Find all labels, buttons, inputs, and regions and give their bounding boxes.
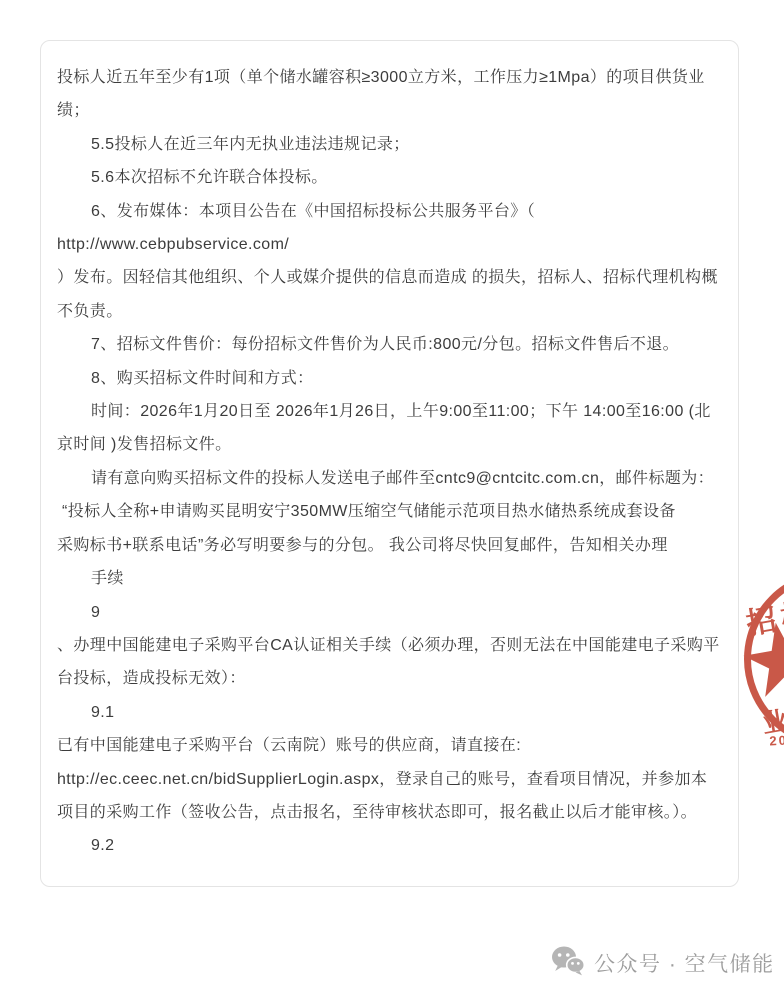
page: 投标人近五年至少有1项（单个储水罐容积≥3000立方米，工作压力≥1Mpa）的项… [0,0,784,990]
text-line: 手续 [57,562,716,595]
text-line: 6、发布媒体：本项目公告在《中国招标投标公共服务平台》（ [57,195,716,228]
document-text: 投标人近五年至少有1项（单个储水罐容积≥3000立方米，工作压力≥1Mpa）的项… [57,61,716,863]
text-line: 请有意向购买招标文件的投标人发送电子邮件至cntc9@cntcitc.com.c… [57,462,716,495]
text-line: 5.5投标人在近三年内无执业违法违规记录； [57,128,716,161]
text-line: 投标人近五年至少有1项（单个储水罐容积≥3000立方米，工作压力≥1Mpa）的项… [57,61,716,94]
text-line: 不负责。 [57,295,716,328]
text-line: 、办理中国能建电子采购平台CA认证相关手续（必须办理，否则无法在中国能建电子采购… [57,629,716,662]
seal-serial-number: 20339 [769,731,784,748]
text-line: 5.6本次招标不允许联合体投标。 [57,161,716,194]
text-line: 9.1 [57,696,716,729]
text-line: 9 [57,596,716,629]
text-line: 京时间 )发售招标文件。 [57,428,716,461]
text-line: 绩； [57,94,716,127]
link-line[interactable]: http://ec.ceec.net.cn/bidSupplierLogin.a… [57,763,716,796]
text-line: 时间：2026年1月20日至 2026年1月26日，上午9:00至11:00；下… [57,395,716,428]
wechat-icon [551,945,585,981]
text-line: 台投标，造成投标无效）： [57,662,716,695]
footer-label: 公众号 · 空气储能 [594,948,775,978]
link-line[interactable]: http://www.cebpubservice.com/ [57,228,716,261]
text-line: 采购标书+联系电话”务必写明要参与的分包。 我公司将尽快回复邮件，告知相关办理 [57,529,716,562]
text-line: 8、购买招标文件时间和方式： [57,362,716,395]
red-seal-content: 招标 ★ 业务 20339 [738,564,784,754]
red-seal-stamp: 招标 ★ 业务 20339 [744,570,784,748]
footer-watermark: 公众号 · 空气储能 [551,944,775,982]
text-line: ）发布。因轻信其他组织、个人或媒介提供的信息而造成 的损失，招标人、招标代理机构… [57,261,716,294]
text-line: 项目的采购工作（签收公告，点击报名，至待审核状态即可，报名截止以后才能审核。）。 [57,796,716,829]
text-line: “投标人全称+申请购买昆明安宁350MW压缩空气储能示范项目热水储热系统成套设备 [57,495,716,528]
document-card: 投标人近五年至少有1项（单个储水罐容积≥3000立方米，工作压力≥1Mpa）的项… [40,40,739,887]
text-line: 9.2 [57,829,716,862]
text-line: 7、招标文件售价：每份招标文件售价为人民币:800元/分包。招标文件售后不退。 [57,328,716,361]
text-line: 已有中国能建电子采购平台（云南院）账号的供应商，请直接在: [57,729,716,762]
